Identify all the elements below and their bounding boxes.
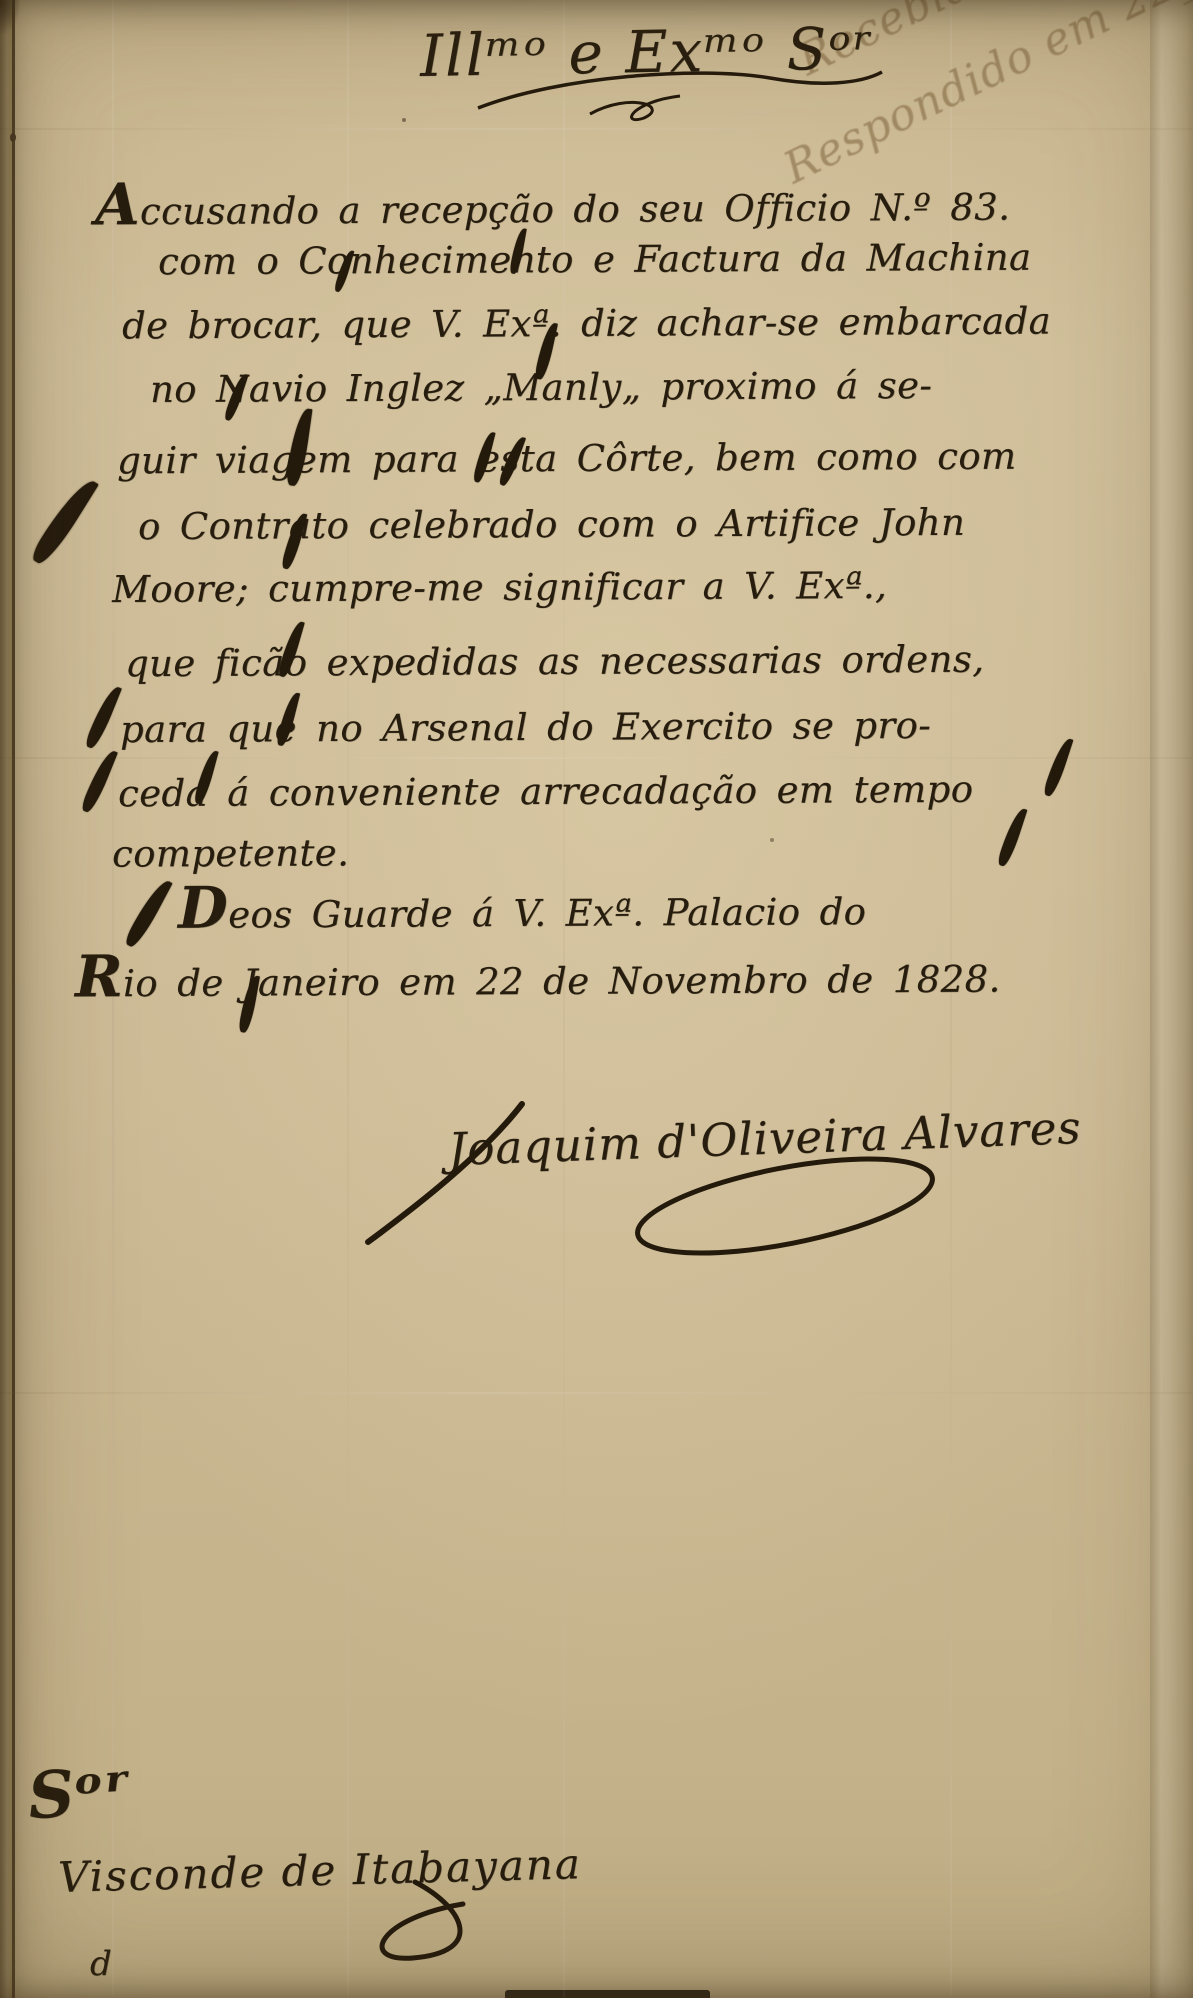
letter-line: Rio de Janeiro em 22 de Novembro de 1828…: [75, 938, 1001, 1011]
addressee-title: Sᵒʳ: [26, 1753, 134, 1835]
ink-flourish: [997, 806, 1028, 868]
ink-flourish: [1043, 736, 1074, 798]
signature-flourish: [620, 1148, 950, 1268]
letter-line: de brocar, que V. Exª. diz achar-se emba…: [122, 300, 1051, 348]
ink-flourish: [123, 876, 172, 950]
letter-line: ceda á conveniente arrecadação em tempo: [118, 768, 974, 815]
corner-smudge: [0, 0, 20, 34]
letter-line: para que no Arsenal do Exercito se pro-: [120, 704, 931, 751]
page-right-edge: [1150, 0, 1193, 1998]
stray-ink-mark: d: [90, 1944, 112, 1984]
ink-flourish: [84, 683, 122, 750]
page-bottom-edge: [505, 1990, 710, 1998]
salutation-flourish: [470, 62, 890, 122]
letter-line: o Contrato celebrado com o Artifice John: [138, 501, 965, 548]
letter-line: Moore; cumpre-me significar a V. Exª.,: [112, 564, 887, 611]
fold-crease: [0, 1392, 1193, 1394]
signature-flourish: [362, 1100, 532, 1250]
letter-line: Accusando a recepção do seu Officio N.º …: [95, 166, 1011, 239]
letter-line: que ficão expedidas as necessarias orden…: [125, 638, 985, 685]
manuscript-page: Recebido em ... 1828 Respondido em 22_ O…: [0, 0, 1193, 1998]
ink-speck: [402, 118, 406, 122]
letter-line: competente.: [112, 831, 349, 875]
ink-speck: [770, 838, 774, 842]
letter-line: Deos Guarde á V. Exª. Palacio do: [178, 870, 867, 942]
fold-crease: [0, 757, 1193, 759]
binding-gutter-edge: [0, 0, 15, 1998]
addressee-flourish: [295, 1878, 515, 1973]
fold-crease: [0, 128, 1193, 130]
ink-flourish: [29, 474, 99, 568]
letter-line: com o Conhecimento e Factura da Machina: [158, 236, 1032, 284]
ink-speck: [10, 133, 16, 142]
letter-line: guir viagem para esta Côrte, bem como co…: [117, 435, 1017, 483]
